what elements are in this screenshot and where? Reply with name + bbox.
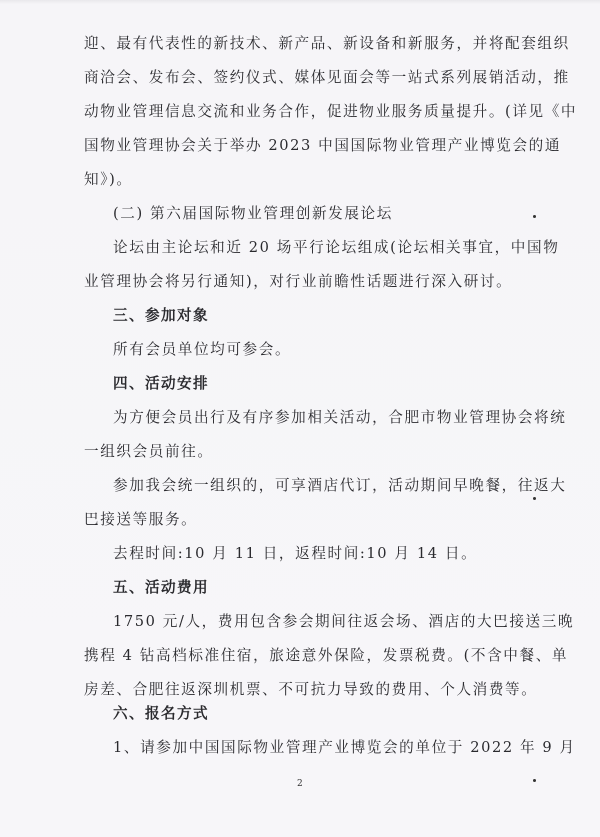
page-number: 2 <box>297 779 303 789</box>
body-text-line: 房差、合肥往返深圳机票、不可抗力导致的费用、个人消费等。 <box>84 680 524 700</box>
scan-speck <box>533 497 536 500</box>
body-text-line: 一组织会员前往。 <box>84 442 524 462</box>
section-heading-participants: 三、参加对象 <box>113 306 525 326</box>
travel-dates-line: 去程时间:10 月 11 日，返程时间:10 月 14 日。 <box>113 544 525 564</box>
section-heading-registration: 六、报名方式 <box>113 704 525 724</box>
body-text-line: 论坛由主论坛和近 20 场平行论坛组成(论坛相关事宜，中国物 <box>113 238 525 258</box>
section-heading-fees: 五、活动费用 <box>113 578 525 598</box>
scan-speck <box>533 215 536 218</box>
body-text-line: 巴接送等服务。 <box>84 510 524 530</box>
body-text-line: 商洽会、发布会、签约仪式、媒体见面会等一站式系列展销活动，推 <box>84 68 524 88</box>
fee-text-line: 1750 元/人，费用包含参会期间往返会场、酒店的大巴接送三晚 <box>113 612 525 632</box>
body-text-line: 国物业管理协会关于举办 2023 中国国际物业管理产业博览会的通 <box>84 136 524 156</box>
body-text-line: 为方便会员出行及有序参加相关活动，合肥市物业管理协会将统 <box>113 408 525 428</box>
body-text-line: 参加我会统一组织的，可享酒店代订，活动期间早晚餐，往返大 <box>113 476 525 496</box>
scanned-document-page: 迎、最有代表性的新技术、新产品、新设备和新服务，并将配套组织 商洽会、发布会、签… <box>0 0 600 837</box>
body-text-line: 迎、最有代表性的新技术、新产品、新设备和新服务，并将配套组织 <box>84 34 524 54</box>
subsection-title-forum: (二) 第六届国际物业管理创新发展论坛 <box>113 204 525 224</box>
body-text-line: 1、请参加中国国际物业管理产业博览会的单位于 2022 年 9 月 <box>113 738 525 758</box>
body-text-line: 知》)。 <box>84 170 524 190</box>
body-text-line: 业管理协会将另行通知)，对行业前瞻性话题进行深入研讨。 <box>84 272 524 292</box>
body-text-line: 动物业管理信息交流和业务合作，促进物业服务质量提升。(详见《中 <box>84 102 524 122</box>
body-text-line: 携程 4 钻高档标准住宿，旅途意外保险，发票税费。(不含中餐、单 <box>84 646 524 666</box>
scan-speck <box>533 779 536 782</box>
section-heading-arrangements: 四、活动安排 <box>113 374 525 394</box>
body-text-line: 所有会员单位均可参会。 <box>113 340 525 360</box>
